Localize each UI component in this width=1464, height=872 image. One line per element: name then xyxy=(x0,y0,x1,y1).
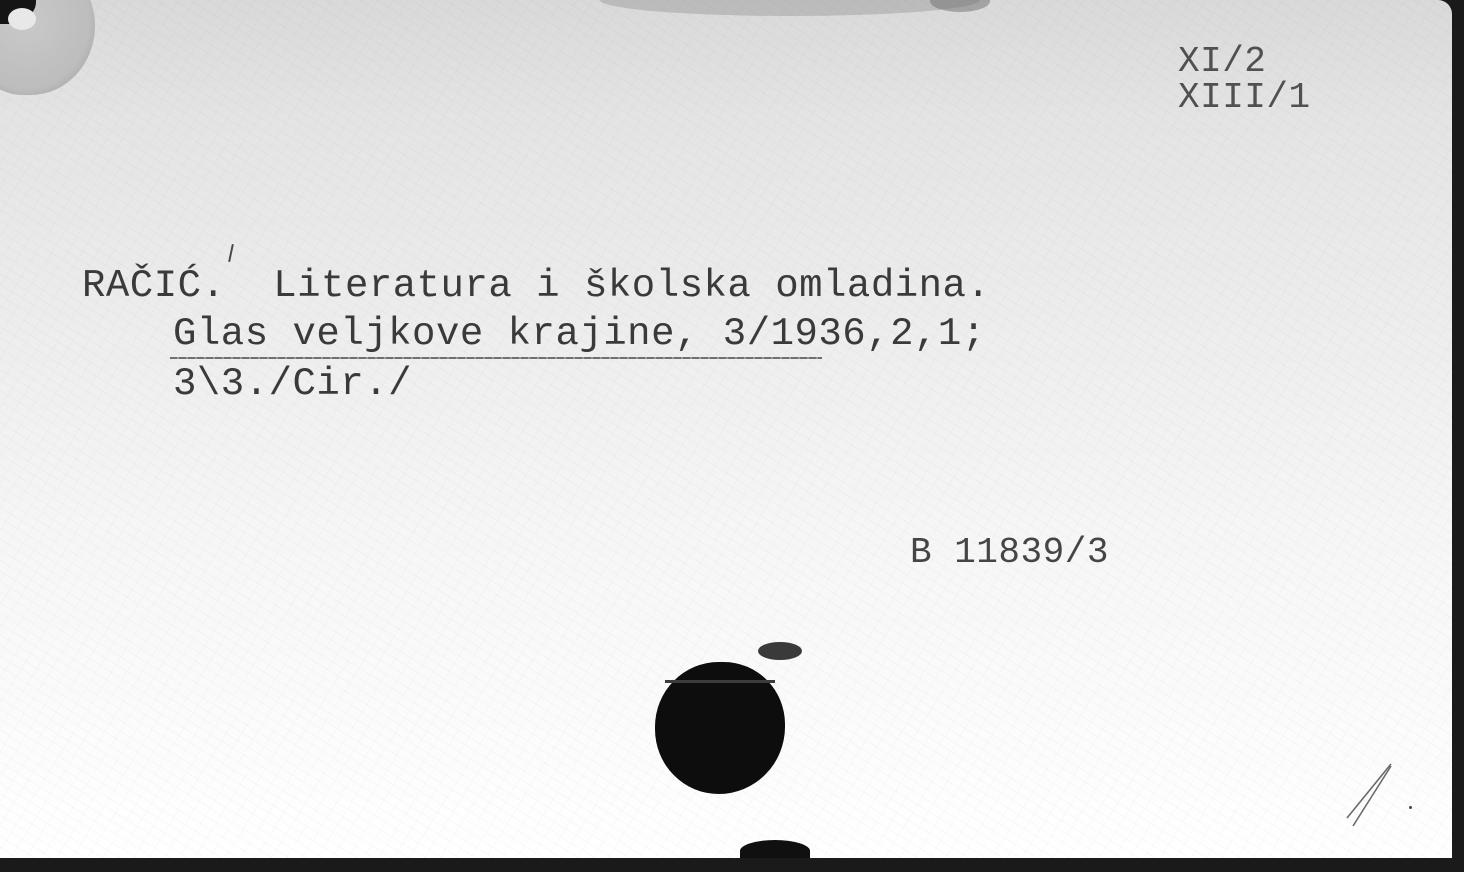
top-edge-stain xyxy=(600,0,980,16)
ink-dot xyxy=(1409,806,1412,809)
entry-author-title: RAČIĆ. Literatura i školska omladina. xyxy=(82,266,990,306)
catalog-card: XI/2 XIII/1 RAČIĆ. Literatura i školska … xyxy=(0,0,1452,858)
bottom-rod-tab xyxy=(740,840,810,858)
punch-chip xyxy=(758,642,802,660)
entry-journal-citation: Glas veljkove krajine, 3/1936,2,1; xyxy=(173,314,986,354)
punch-hole xyxy=(655,662,785,794)
call-number: B 11839/3 xyxy=(910,535,1109,571)
torn-corner xyxy=(0,0,36,24)
classification-code-1: XI/2 xyxy=(1178,44,1266,80)
journal-underline xyxy=(170,357,822,359)
top-edge-stain-dark xyxy=(930,0,990,12)
handwritten-double-slash-icon xyxy=(1345,760,1395,830)
handwritten-accent-mark xyxy=(228,244,234,262)
entry-pages-script-note: 3\3./Cir./ xyxy=(173,364,412,404)
classification-code-2: XIII/1 xyxy=(1178,80,1311,116)
